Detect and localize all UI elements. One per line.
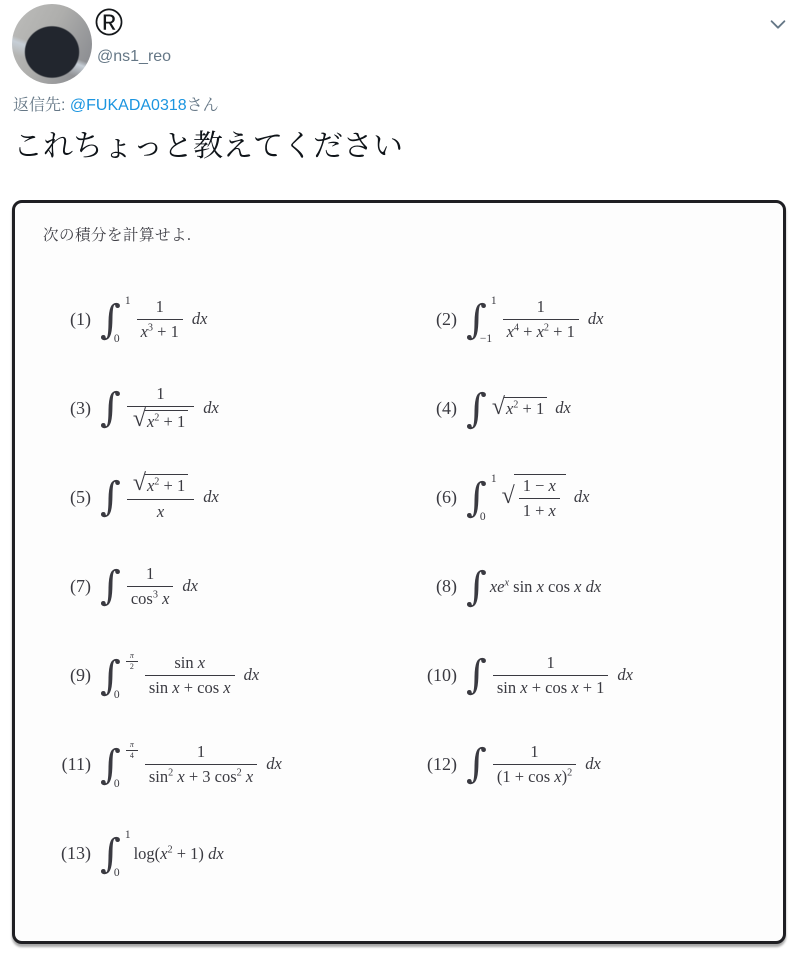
integral: ∫ bbox=[466, 656, 487, 694]
problem-label: (3) bbox=[43, 398, 91, 419]
problem-label: (2) bbox=[409, 309, 457, 330]
integral-sign: ∫ bbox=[100, 478, 121, 516]
math-problem: (3)∫1√x2 + 1dx bbox=[43, 384, 409, 433]
problem-label: (8) bbox=[409, 576, 457, 597]
math-problem: (5)∫√x2 + 1xdx bbox=[43, 473, 409, 522]
problem-label: (9) bbox=[43, 665, 91, 686]
integrand-expression: 1x4 + x2 + 1dx bbox=[500, 297, 604, 342]
math-problem: (10)∫1sin x + cos x + 1dx bbox=[409, 653, 775, 698]
user-handle[interactable]: @ns1_reo bbox=[97, 48, 171, 66]
integral: ∫10 bbox=[100, 295, 131, 345]
math-problem: (1)∫101x3 + 1dx bbox=[43, 295, 409, 345]
worksheet-title: 次の積分を計算せよ. bbox=[43, 223, 783, 245]
problem-label: (10) bbox=[409, 665, 457, 686]
problem-label: (11) bbox=[43, 754, 91, 775]
math-problem: (6)∫10√1 − x1 + xdx bbox=[409, 473, 775, 523]
integral: ∫π20 bbox=[100, 651, 139, 701]
integral: ∫ bbox=[100, 478, 121, 516]
tweet-detail-page: ® @ns1_reo 返信先: @FUKADA0318さん これちょっと教えてく… bbox=[0, 0, 800, 953]
problem-label: (13) bbox=[43, 843, 91, 864]
integral-sign: ∫ bbox=[466, 390, 487, 428]
integral: ∫10 bbox=[100, 829, 131, 879]
integrand-expression: √1 − x1 + xdx bbox=[500, 474, 590, 521]
math-problem: (4)∫√x2 + 1dx bbox=[409, 390, 775, 428]
math-problem: (12)∫1(1 + cos x)2dx bbox=[409, 742, 775, 787]
radical-sign: √ bbox=[133, 472, 146, 496]
radical-sign: √ bbox=[133, 408, 146, 432]
integral-sign: ∫ bbox=[100, 389, 121, 427]
problem-label: (5) bbox=[43, 487, 91, 508]
chevron-down-icon bbox=[767, 13, 789, 35]
integral: ∫10 bbox=[466, 473, 497, 523]
problems-grid: (1)∫101x3 + 1dx(2)∫1−11x4 + x2 + 1dx(3)∫… bbox=[15, 275, 783, 898]
integral-sign: ∫ bbox=[466, 656, 487, 694]
display-name[interactable]: ® bbox=[95, 0, 123, 48]
problem-label: (6) bbox=[409, 487, 457, 508]
radical-sign: √ bbox=[502, 485, 515, 509]
integral-sign: ∫ bbox=[466, 745, 487, 783]
integrand-expression: 1sin2 x + 3 cos2 xdx bbox=[142, 742, 282, 787]
integral: ∫ bbox=[100, 567, 121, 605]
reply-context: 返信先: @FUKADA0318さん bbox=[13, 92, 219, 115]
problem-label: (4) bbox=[409, 398, 457, 419]
reply-prefix: 返信先: bbox=[13, 97, 70, 114]
integral-sign: ∫ bbox=[466, 568, 487, 606]
reply-mention-link[interactable]: @FUKADA0318 bbox=[70, 97, 187, 114]
tweet-text: これちょっと教えてください bbox=[13, 126, 403, 168]
math-problem: (13)∫10log(x2 + 1) dx bbox=[43, 829, 409, 879]
integral: ∫1−1 bbox=[466, 295, 497, 345]
math-problem: (7)∫1cos3 xdx bbox=[43, 564, 409, 609]
integrand-expression: log(x2 + 1) dx bbox=[134, 844, 224, 864]
integrand-expression: √x2 + 1xdx bbox=[124, 473, 219, 522]
integral-sign: ∫ bbox=[100, 567, 121, 605]
integrand-expression: 1√x2 + 1dx bbox=[124, 384, 219, 433]
math-problem: (9)∫π20sin xsin x + cos xdx bbox=[43, 651, 409, 701]
math-problem: (8)∫xex sin x cos x dx bbox=[409, 568, 775, 606]
math-problem: (2)∫1−11x4 + x2 + 1dx bbox=[409, 295, 775, 345]
integrand-expression: 1(1 + cos x)2dx bbox=[490, 742, 601, 787]
integrand-expression: 1sin x + cos x + 1dx bbox=[490, 653, 633, 698]
problem-label: (1) bbox=[43, 309, 91, 330]
radical-sign: √ bbox=[492, 396, 505, 420]
integrand-expression: √x2 + 1dx bbox=[490, 397, 571, 421]
integral: ∫π40 bbox=[100, 740, 139, 790]
tweet-options-button[interactable] bbox=[764, 10, 792, 38]
integrand-expression: 1x3 + 1dx bbox=[134, 297, 208, 342]
integrand-expression: sin xsin x + cos xdx bbox=[142, 653, 259, 698]
math-problem: (11)∫π401sin2 x + 3 cos2 xdx bbox=[43, 740, 409, 790]
integral: ∫ bbox=[466, 390, 487, 428]
integral: ∫ bbox=[100, 389, 121, 427]
reply-suffix: さん bbox=[187, 97, 219, 114]
integrand-expression: xex sin x cos x dx bbox=[490, 577, 601, 597]
integral: ∫ bbox=[466, 568, 487, 606]
tweet-image-attachment[interactable]: 次の積分を計算せよ. (1)∫101x3 + 1dx(2)∫1−11x4 + x… bbox=[12, 200, 786, 944]
integral: ∫ bbox=[466, 745, 487, 783]
problem-label: (12) bbox=[409, 754, 457, 775]
integrand-expression: 1cos3 xdx bbox=[124, 564, 198, 609]
problem-label: (7) bbox=[43, 576, 91, 597]
avatar[interactable] bbox=[12, 4, 92, 84]
